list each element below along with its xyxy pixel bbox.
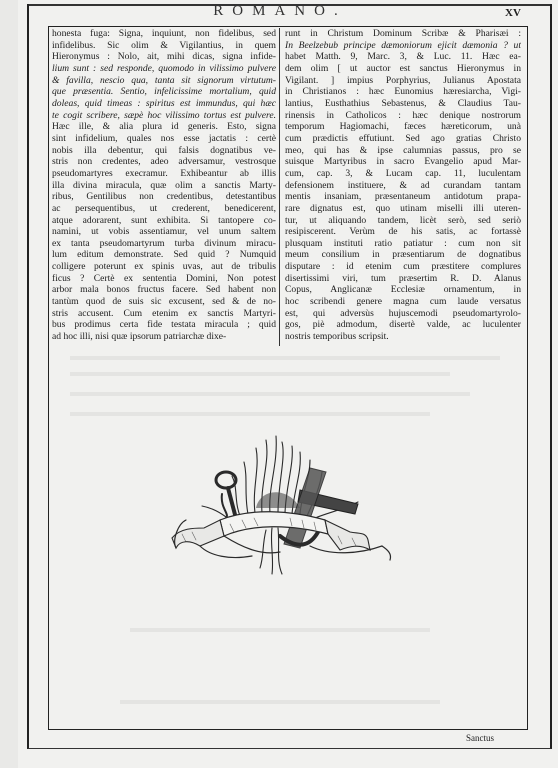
text-column-left: honesta fuga: Signa, inquiunt, non fidel… bbox=[52, 28, 276, 343]
text-line: resipiscerent. Verùm de his satis, ac fo… bbox=[285, 226, 521, 238]
show-through-text bbox=[130, 628, 430, 632]
text-line: in Christianos : hæc Eunomius hæresiarch… bbox=[285, 86, 521, 98]
text-line: runt in Christum Dominum Scribæ & Pharis… bbox=[285, 28, 521, 40]
text-line: mentis insaniam, præsentaneum antidotum … bbox=[285, 191, 521, 203]
show-through-text bbox=[70, 372, 450, 376]
text-line: dem olim [ ut auctor est sanctus Hierony… bbox=[285, 63, 521, 75]
text-line: cum, cap. 3, & Lucam cap. 11, luculentam bbox=[285, 168, 521, 180]
text-line: te cogit scribere, sæpè hoc vilissimo to… bbox=[52, 110, 276, 122]
text-line: colligere poterunt ex spinis uvas, aut d… bbox=[52, 261, 276, 273]
text-line: stris non credentes, adeo adversamur, ve… bbox=[52, 156, 276, 168]
text-line: est, qui adversùs hujuscemodi pseudomart… bbox=[285, 308, 521, 320]
text-line: arbor mala bonos fructus facere. Sed hab… bbox=[52, 284, 276, 296]
text-line: gos, piè admodum, disertè valde, ac lucu… bbox=[285, 319, 521, 331]
text-line: Hæc ille, & alia plura id generis. Esto,… bbox=[52, 121, 276, 133]
text-line: suisque Martyribus in sacro Evangelio ap… bbox=[285, 156, 521, 168]
text-line: lum editum demonstrate. Sed quid ? Numqu… bbox=[52, 249, 276, 261]
text-line: disputare : id etenim cum præstitere com… bbox=[285, 261, 521, 273]
text-line: ficus ? Certè ex sententia Domini, Non p… bbox=[52, 273, 276, 285]
text-line: lium sunt : sed responde, quomodo in vil… bbox=[52, 63, 276, 75]
text-line: stris accusent. Cum etenim ex sanctis Ma… bbox=[52, 308, 276, 320]
anchor-flame-ribbon-icon bbox=[160, 428, 405, 578]
text-line: ac persequentibus, ut crederent, benedic… bbox=[52, 203, 276, 215]
text-line: rare dignatus est, quo utinam miselli il… bbox=[285, 203, 521, 215]
text-line: bus prodimus certa fide testata miracula… bbox=[52, 319, 276, 331]
text-line: nostris temporibus scripsit. bbox=[285, 331, 521, 343]
text-line: cum prædictis effutiunt. Sed ago gratias… bbox=[285, 133, 521, 145]
text-line: pseudomartyres execramur. Exhibeantur ab… bbox=[52, 168, 276, 180]
tailpiece-vignette bbox=[160, 428, 405, 578]
text-line: Copus, Anglicanæ Ecclesiæ ornamentum, in bbox=[285, 284, 521, 296]
show-through-text bbox=[70, 412, 430, 416]
show-through-text bbox=[70, 356, 500, 360]
text-line: lantius, Eusthathius Sebastenus, & Claud… bbox=[285, 98, 521, 110]
text-line: tur, ut aliquando tandem, licèt serò, se… bbox=[285, 215, 521, 227]
text-line: namini, ut vobis assentiamur, vel unum s… bbox=[52, 226, 276, 238]
text-line: sint infidelium, quales nos esse jactati… bbox=[52, 133, 276, 145]
show-through-text bbox=[120, 700, 440, 704]
catchword: Sanctus bbox=[466, 733, 494, 743]
text-line: Vigilant. ] impius Porphyrius, Julianus … bbox=[285, 75, 521, 87]
text-line: illa divina miracula, quæ olim a sanctis… bbox=[52, 180, 276, 192]
text-line: hoc scribendi genere magna cum laude ver… bbox=[285, 296, 521, 308]
text-line: plusquam instituti ratio patiatur : cum … bbox=[285, 238, 521, 250]
running-head: ROMANO. bbox=[180, 3, 380, 20]
text-line: meo, qui has & ipse calumnias passus, pr… bbox=[285, 145, 521, 157]
text-line: Hieronymus : Nolo, ait, mihi dicas, sign… bbox=[52, 51, 276, 63]
text-line: temporum Hagiomachi, fæces hæreticorum, … bbox=[285, 121, 521, 133]
text-line: tantùm quod de suis sic excusent, sed & … bbox=[52, 296, 276, 308]
text-line: rinensis in Catholicos : hæc denique nos… bbox=[285, 110, 521, 122]
text-line: defensionem instituere, & ad curandam ta… bbox=[285, 180, 521, 192]
text-line: ribus, Gentilibus non credentibus, detes… bbox=[52, 191, 276, 203]
text-line: & favilla, nescio qua, tanta sit signoru… bbox=[52, 75, 276, 87]
column-divider bbox=[279, 28, 280, 346]
text-line: ad hoc illi, nisi quæ ipsorum patriarchæ… bbox=[52, 331, 276, 343]
text-line: In Beelzebub principe dæmoniorum ejicit … bbox=[285, 40, 521, 52]
text-line: meum consilium in præsentiarum de dognat… bbox=[285, 249, 521, 261]
text-line: habet Matth. 9, Marc. 3, & Luc. 11. Hæc … bbox=[285, 51, 521, 63]
text-line: infidelibus. Sic olim & Vigilantius, in … bbox=[52, 40, 276, 52]
text-column-right: runt in Christum Dominum Scribæ & Pharis… bbox=[285, 28, 521, 343]
text-line: disertissimi viri, tum præsertim R. D. A… bbox=[285, 273, 521, 285]
text-line: atque adorarent, sunt exhibita. Si tanto… bbox=[52, 215, 276, 227]
text-line: que præsentia. Sentio, infelicissime mor… bbox=[52, 86, 276, 98]
text-line: ex tanta pseudomartyrum turba divinum mi… bbox=[52, 238, 276, 250]
page-number: XV bbox=[505, 7, 521, 19]
show-through-text bbox=[70, 392, 470, 396]
text-line: doleas, quid timeas : spiritus est immun… bbox=[52, 98, 276, 110]
text-line: honesta fuga: Signa, inquiunt, non fidel… bbox=[52, 28, 276, 40]
text-line: nobis illa debentur, qui falsis dognatib… bbox=[52, 145, 276, 157]
